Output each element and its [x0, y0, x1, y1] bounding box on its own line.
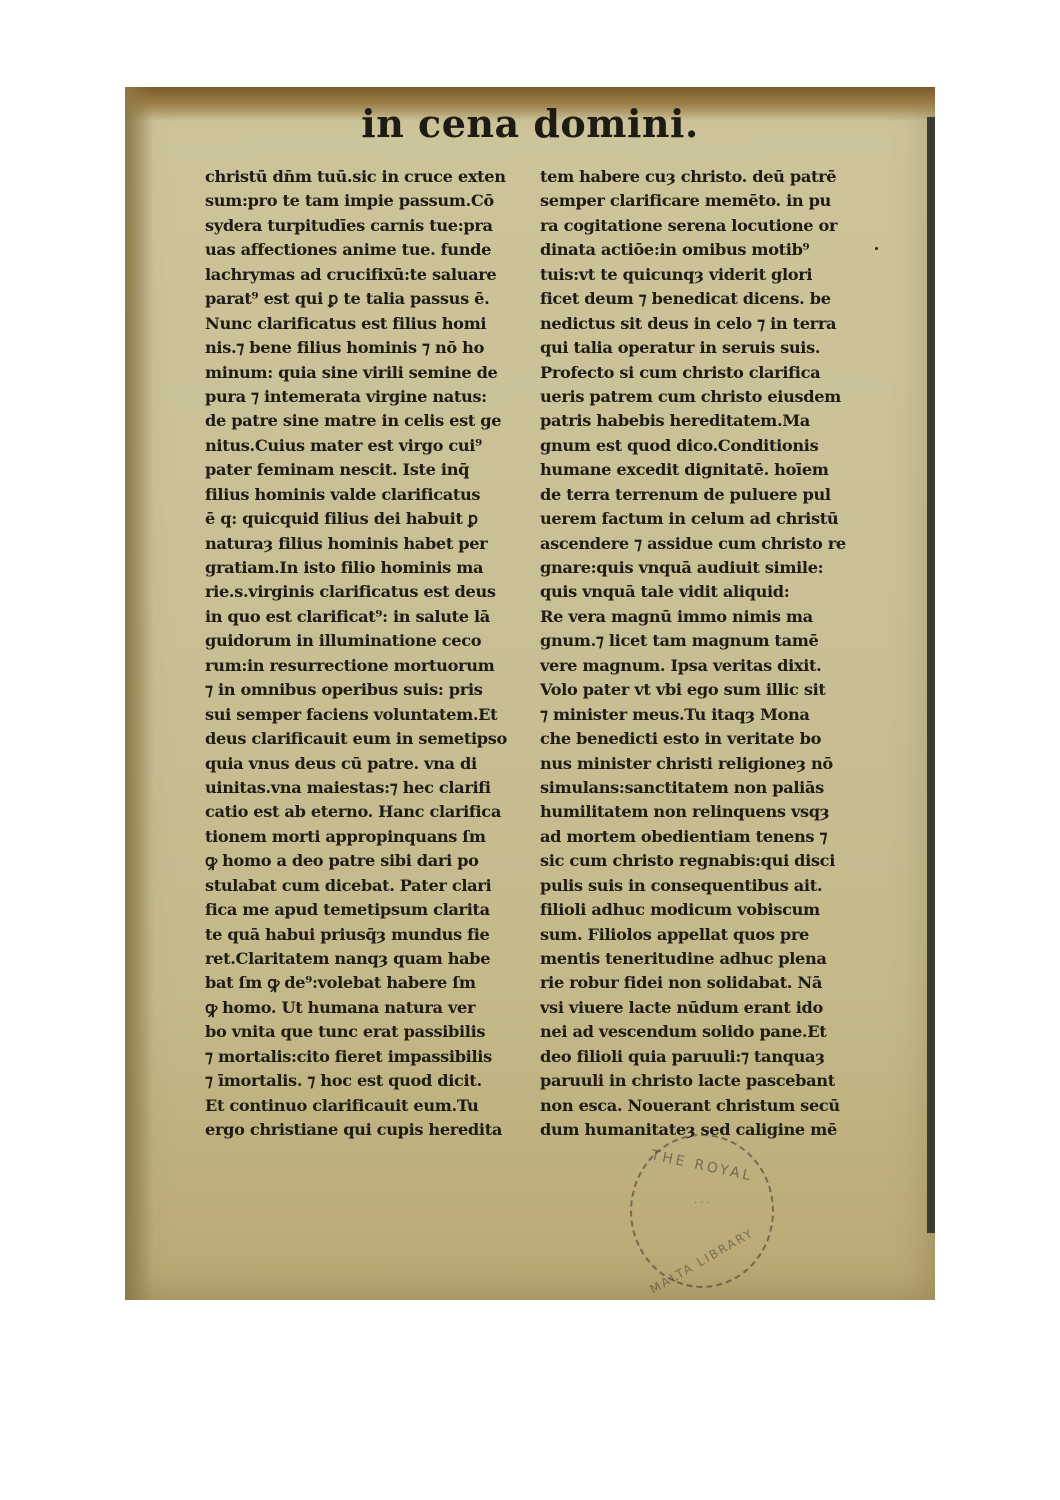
text-line: lachrymas ad crucifixū:te saluare: [205, 263, 547, 287]
text-line: minum: quia sine virili semine de: [205, 361, 547, 385]
text-line: sic cum christo regnabis:qui disci: [540, 849, 885, 873]
text-line: Re vera magnū immo nimis ma: [540, 605, 885, 629]
text-line: ficet deum ⁊ benedicat dicens. be: [540, 287, 885, 311]
text-line: vere magnum. Ipsa veritas dixit.: [540, 654, 885, 678]
text-line: guidorum in illuminatione ceco: [205, 629, 547, 653]
text-line: nis.⁊ bene filius hominis ⁊ nō ho: [205, 336, 547, 360]
text-line: bat ſm ꝙ de⁹:volebat habere ſm: [205, 971, 547, 995]
text-line: uerem factum in celum ad christū: [540, 507, 885, 531]
text-line: rie robur fidei non solidabat. Nā: [540, 971, 885, 995]
text-line: stulabat cum dicebat. Pater clari: [205, 874, 547, 898]
text-line: ra cogitatione serena locutione or: [540, 214, 885, 238]
text-line: tionem morti appropinquans ſm: [205, 825, 547, 849]
text-line: de terra terrenum de puluere pul: [540, 483, 885, 507]
text-line: deus clarificauit eum in semetipso: [205, 727, 547, 751]
text-line: Volo pater vt vbi ego sum illic sit: [540, 678, 885, 702]
library-stamp: THE ROYAL · · · MALTA LIBRARY: [630, 1134, 774, 1288]
text-line: ad mortem obedientiam tenens ⁊: [540, 825, 885, 849]
text-line: nei ad vescendum solido pane.Et: [540, 1020, 885, 1044]
stamp-text-bottom: MALTA LIBRARY: [638, 1220, 766, 1302]
text-line: de patre sine matre in celis est ge: [205, 409, 547, 433]
book-page: in cena domini. christū dn̄m tuū.sic in …: [125, 87, 935, 1300]
text-line: semper clarificare memēto. in pu: [540, 189, 885, 213]
text-line: fica me apud temetipsum clarita: [205, 898, 547, 922]
text-line: pater feminam nescit. Iste inq̄: [205, 458, 547, 482]
text-line: non esca. Nouerant christum secū: [540, 1094, 885, 1118]
text-line: quis vnquā tale vidit aliquid:: [540, 580, 885, 604]
text-line: filioli adhuc modicum vobiscum: [540, 898, 885, 922]
text-line: pulis suis in consequentibus ait.: [540, 874, 885, 898]
text-line: rum:in resurrectione mortuorum: [205, 654, 547, 678]
text-line: vsi viuere lacte nūdum erant ido: [540, 996, 885, 1020]
text-line: deo filioli quia paruuli:⁊ tanquaȝ: [540, 1045, 885, 1069]
text-line: sum:pro te tam impie passum.Cō: [205, 189, 547, 213]
text-line: ꝙ homo. Ut humana natura ver: [205, 996, 547, 1020]
text-line: patris habebis hereditatem.Ma: [540, 409, 885, 433]
text-line: te quā habui priusq̄ȝ mundus fie: [205, 923, 547, 947]
text-line: sui semper faciens voluntatem.Et: [205, 703, 547, 727]
text-line: simulans:sanctitatem non paliās: [540, 776, 885, 800]
text-line: che benedicti esto in veritate bo: [540, 727, 885, 751]
text-line: pura ⁊ intemerata virgine natus:: [205, 385, 547, 409]
margin-mark: [875, 247, 878, 250]
text-line: humilitatem non relinquens vsqȝ: [540, 800, 885, 824]
text-line: bo vnita que tunc erat passibilis: [205, 1020, 547, 1044]
text-line: gnare:quis vnquā audiuit simile:: [540, 556, 885, 580]
text-line: rie.s.virginis clarificatus est deus: [205, 580, 547, 604]
text-line: ergo christiane qui cupis heredita: [205, 1118, 547, 1142]
text-line: naturaȝ filius hominis habet per: [205, 532, 547, 556]
text-line: filius hominis valde clarificatus: [205, 483, 547, 507]
page-edge-right: [927, 117, 935, 1233]
text-line: Nunc clarificatus est filius homi: [205, 312, 547, 336]
text-line: tuis:vt te quicunqȝ viderit glori: [540, 263, 885, 287]
text-line: sydera turpitudīes carnis tue:pra: [205, 214, 547, 238]
stamp-text-top: THE ROYAL: [632, 1144, 772, 1189]
text-line: ē q: quicquid filius dei habuit ꝑ: [205, 507, 547, 531]
text-line: paruuli in christo lacte pascebant: [540, 1069, 885, 1093]
text-line: mentis teneritudine adhuc plena: [540, 947, 885, 971]
text-line: nedictus sit deus in celo ⁊ in terra: [540, 312, 885, 336]
text-line: quia vnus deus cū patre. vna di: [205, 752, 547, 776]
text-line: humane excedit dignitatē. hoīem: [540, 458, 885, 482]
text-line: ⁊ mortalis:cito fieret impassibilis: [205, 1045, 547, 1069]
text-line: gnum est quod dico.Conditionis: [540, 434, 885, 458]
text-line: ⁊ minister meus.Tu itaqȝ Mona: [540, 703, 885, 727]
text-line: ascendere ⁊ assidue cum christo re: [540, 532, 885, 556]
text-line: nus minister christi religioneȝ nō: [540, 752, 885, 776]
text-line: sum. Filiolos appellat quos pre: [540, 923, 885, 947]
text-line: Profecto si cum christo clarifica: [540, 361, 885, 385]
text-line: dinata actiōe:in omibus motib⁹: [540, 238, 885, 262]
text-column-left: christū dn̄m tuū.sic in cruce extensum:p…: [205, 165, 547, 1143]
stamp-center-emblem: · · ·: [632, 1198, 772, 1209]
text-column-right: tem habere cuȝ christo. deū patrēsemper …: [540, 165, 885, 1143]
text-line: parat⁹ est qui ꝑ te talia passus ē.: [205, 287, 547, 311]
text-line: qui talia operatur in seruis suis.: [540, 336, 885, 360]
text-line: gnum.⁊ licet tam magnum tamē: [540, 629, 885, 653]
text-line: uas affectiones anime tue. funde: [205, 238, 547, 262]
text-line: in quo est clarificat⁹: in salute lā: [205, 605, 547, 629]
text-line: catio est ab eterno. Hanc clarifica: [205, 800, 547, 824]
text-line: uinitas.vna maiestas:⁊ hec clarifi: [205, 776, 547, 800]
text-line: tem habere cuȝ christo. deū patrē: [540, 165, 885, 189]
running-head: in cena domini.: [125, 101, 935, 146]
text-line: gratiam.In isto filio hominis ma: [205, 556, 547, 580]
text-line: Et continuo clarificauit eum.Tu: [205, 1094, 547, 1118]
text-line: ⁊ in omnibus operibus suis: pris: [205, 678, 547, 702]
text-line: nitus.Cuius mater est virgo cui⁹: [205, 434, 547, 458]
text-line: ueris patrem cum christo eiusdem: [540, 385, 885, 409]
binding-edge-left: [125, 87, 153, 1300]
text-line: ⁊ īmortalis. ⁊ hoc est quod dicit.: [205, 1069, 547, 1093]
text-line: ret.Claritatem nanqȝ quam habe: [205, 947, 547, 971]
text-line: ꝙ homo a deo patre sibi dari po: [205, 849, 547, 873]
text-line: christū dn̄m tuū.sic in cruce exten: [205, 165, 547, 189]
